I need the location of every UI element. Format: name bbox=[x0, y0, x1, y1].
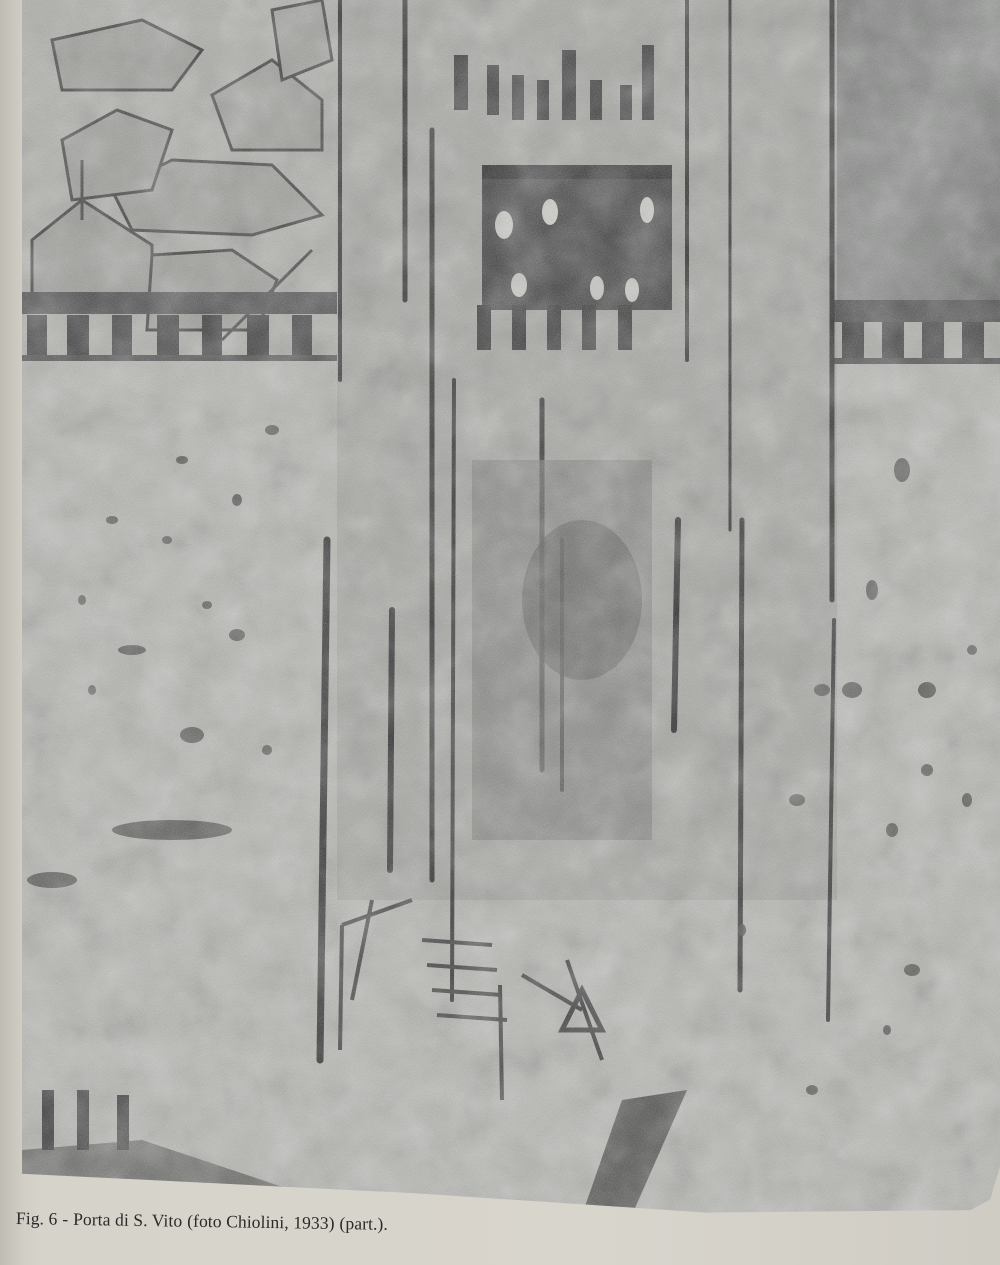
figure-title: Porta di S. Vito bbox=[73, 1209, 182, 1231]
figure-note: (part.). bbox=[339, 1213, 388, 1234]
photo-credit: (foto Chiolini, 1933) bbox=[187, 1211, 335, 1233]
figure-image bbox=[22, 0, 1000, 1215]
gate-drawing bbox=[22, 0, 1000, 1215]
figure-caption: Fig. 6-Porta di S. Vito(foto Chiolini, 1… bbox=[16, 1208, 393, 1235]
caption-separator: - bbox=[62, 1209, 68, 1229]
figure-label: Fig. 6 bbox=[16, 1208, 58, 1229]
